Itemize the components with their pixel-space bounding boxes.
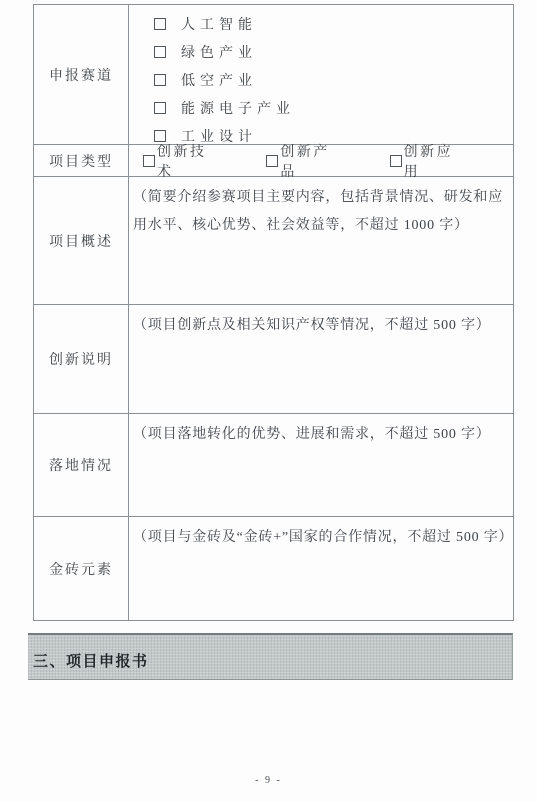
track-option: 绿色产业 (154, 38, 513, 66)
checkbox-icon[interactable] (154, 18, 166, 30)
project-overview-cell: （简要介绍参赛项目主要内容，包括背景情况、研发和应用水平、核心优势、社会效益等，… (129, 177, 513, 304)
track-option-label: 低空产业 (181, 70, 257, 90)
checkbox-icon[interactable] (154, 102, 166, 114)
track-option: 人工智能 (154, 10, 513, 38)
scanned-form-page: 申报赛道 人工智能 绿色产业 低空产业 (0, 0, 537, 802)
checkbox-icon[interactable] (143, 155, 155, 167)
table-row-track: 申报赛道 人工智能 绿色产业 低空产业 (34, 5, 513, 145)
row-label-project-overview: 项目概述 (34, 177, 129, 304)
project-overview-hint: （简要介绍参赛项目主要内容，包括背景情况、研发和应用水平、核心优势、社会效益等，… (129, 177, 513, 240)
track-option: 能源电子产业 (154, 94, 513, 122)
brics-cell: （项目与金砖及“金砖+”国家的合作情况，不超过 500 字） (129, 517, 513, 620)
project-type-option: 创新产品 (266, 141, 340, 181)
page-number: - 9 - (0, 775, 537, 786)
track-option-list: 人工智能 绿色产业 低空产业 能源电子产业 (129, 5, 513, 150)
track-option-label: 能源电子产业 (181, 98, 295, 118)
innovation-hint: （项目创新点及相关知识产权等情况，不超过 500 字） (129, 305, 513, 340)
track-option-label: 人工智能 (181, 14, 257, 34)
row-label-brics: 金砖元素 (34, 517, 129, 620)
brics-hint: （项目与金砖及“金砖+”国家的合作情况，不超过 500 字） (129, 517, 513, 552)
project-type-options-cell: 创新技术 创新产品 创新应用 (129, 145, 513, 176)
row-label-project-type: 项目类型 (34, 145, 129, 176)
table-row-project-type: 项目类型 创新技术 创新产品 创新应用 (34, 145, 513, 177)
row-label-track: 申报赛道 (34, 5, 129, 144)
table-row-landing: 落地情况 （项目落地转化的优势、进展和需求，不超过 500 字） (34, 414, 513, 517)
project-type-option-list: 创新技术 创新产品 创新应用 (129, 145, 513, 176)
landing-hint: （项目落地转化的优势、进展和需求，不超过 500 字） (129, 414, 513, 449)
innovation-cell: （项目创新点及相关知识产权等情况，不超过 500 字） (129, 305, 513, 413)
track-option-label: 绿色产业 (181, 42, 257, 62)
project-type-option: 创新应用 (390, 141, 464, 181)
project-type-option-label: 创新技术 (157, 141, 217, 181)
project-type-option-label: 创新应用 (404, 141, 464, 181)
checkbox-icon[interactable] (154, 74, 166, 86)
checkbox-icon[interactable] (154, 46, 166, 58)
table-row-project-overview: 项目概述 （简要介绍参赛项目主要内容，包括背景情况、研发和应用水平、核心优势、社… (34, 177, 513, 305)
section-header-bar: 三、项目申报书 (28, 633, 513, 680)
row-label-innovation: 创新说明 (34, 305, 129, 413)
application-form-table: 申报赛道 人工智能 绿色产业 低空产业 (33, 4, 514, 621)
landing-cell: （项目落地转化的优势、进展和需求，不超过 500 字） (129, 414, 513, 516)
checkbox-icon[interactable] (266, 155, 278, 167)
track-option: 低空产业 (154, 66, 513, 94)
project-type-option-label: 创新产品 (280, 141, 340, 181)
table-row-brics: 金砖元素 （项目与金砖及“金砖+”国家的合作情况，不超过 500 字） (34, 517, 513, 620)
table-row-innovation: 创新说明 （项目创新点及相关知识产权等情况，不超过 500 字） (34, 305, 513, 414)
section-header-title: 三、项目申报书 (33, 650, 149, 671)
project-type-option: 创新技术 (143, 141, 217, 181)
row-label-landing: 落地情况 (34, 414, 129, 516)
track-options-cell: 人工智能 绿色产业 低空产业 能源电子产业 (129, 5, 513, 144)
checkbox-icon[interactable] (390, 155, 402, 167)
